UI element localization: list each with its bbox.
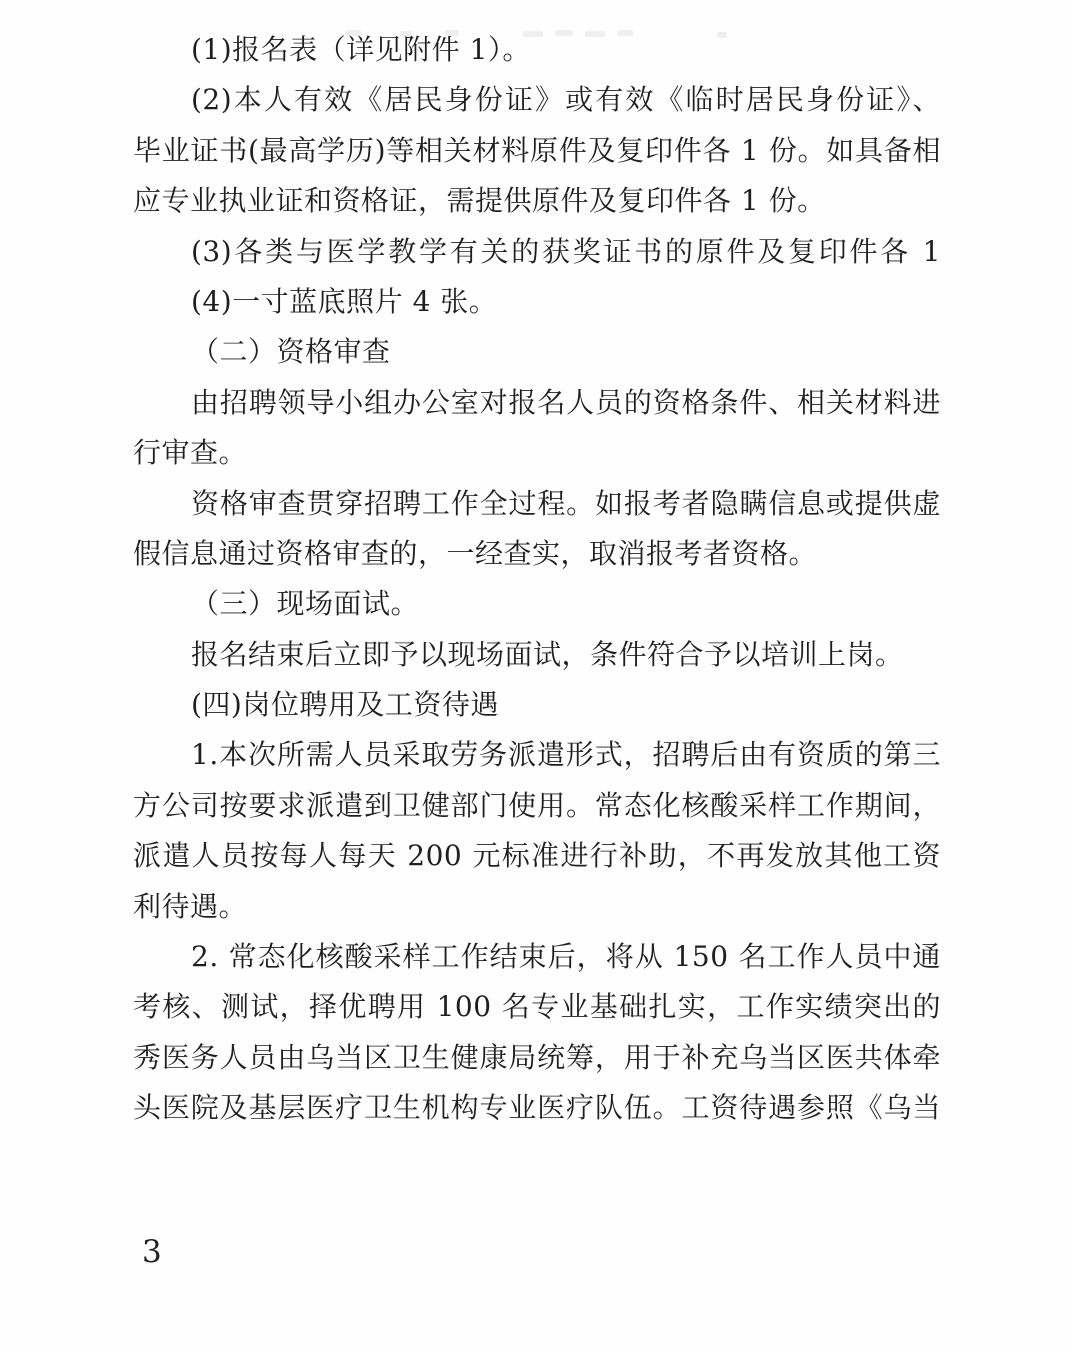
document-page: (1)报名表（详见附件 1）。(2)本人有效《居民身份证》或有效《临时居民身份证… bbox=[0, 0, 1073, 1353]
text-line: 利待遇。 bbox=[133, 882, 941, 932]
text-line: 毕业证书(最高学历)等相关材料原件及复印件各 1 份。如具备相 bbox=[133, 126, 941, 176]
text-line: 应专业执业证和资格证，需提供原件及复印件各 1 份。 bbox=[133, 176, 941, 226]
text-line: 头医院及基层医疗卫生机构专业医疗队伍。工资待遇参照《乌当 bbox=[133, 1083, 941, 1133]
page-number: 3 bbox=[142, 1228, 162, 1276]
text-line: 行审查。 bbox=[133, 428, 941, 478]
text-line: (1)报名表（详见附件 1）。 bbox=[133, 25, 941, 75]
text-line: 1.本次所需人员采取劳务派遣形式，招聘后由有资质的第三 bbox=[133, 730, 941, 780]
text-line: 派遣人员按每人每天 200 元标准进行补助，不再发放其他工资福 bbox=[133, 831, 941, 881]
text-line: 假信息通过资格审查的，一经查实，取消报考者资格。 bbox=[133, 529, 941, 579]
text-line: (2)本人有效《居民身份证》或有效《临时居民身份证》、 bbox=[133, 75, 941, 125]
text-line: 报名结束后立即予以现场面试，条件符合予以培训上岗。 bbox=[133, 630, 941, 680]
text-line: 考核、测试，择优聘用 100 名专业基础扎实，工作实绩突出的优 bbox=[133, 982, 941, 1032]
text-line: (4)一寸蓝底照片 4 张。 bbox=[133, 277, 941, 327]
heading-line: （三）现场面试。 bbox=[133, 579, 941, 629]
text-line: 秀医务人员由乌当区卫生健康局统筹，用于补充乌当区医共体牵 bbox=[133, 1033, 941, 1083]
text-line: 方公司按要求派遣到卫健部门使用。常态化核酸采样工作期间， bbox=[133, 781, 941, 831]
text-line: 2. 常态化核酸采样工作结束后，将从 150 名工作人员中通过 bbox=[133, 932, 941, 982]
document-body: (1)报名表（详见附件 1）。(2)本人有效《居民身份证》或有效《临时居民身份证… bbox=[133, 25, 941, 1134]
heading-line: （二）资格审查 bbox=[133, 327, 941, 377]
text-line: 由招聘领导小组办公室对报名人员的资格条件、相关材料进 bbox=[133, 378, 941, 428]
text-line: 资格审查贯穿招聘工作全过程。如报考者隐瞒信息或提供虚 bbox=[133, 479, 941, 529]
heading-line: (四)岗位聘用及工资待遇 bbox=[133, 680, 941, 730]
text-line: (3)各类与医学教学有关的获奖证书的原件及复印件各 1 份。 bbox=[133, 227, 941, 277]
